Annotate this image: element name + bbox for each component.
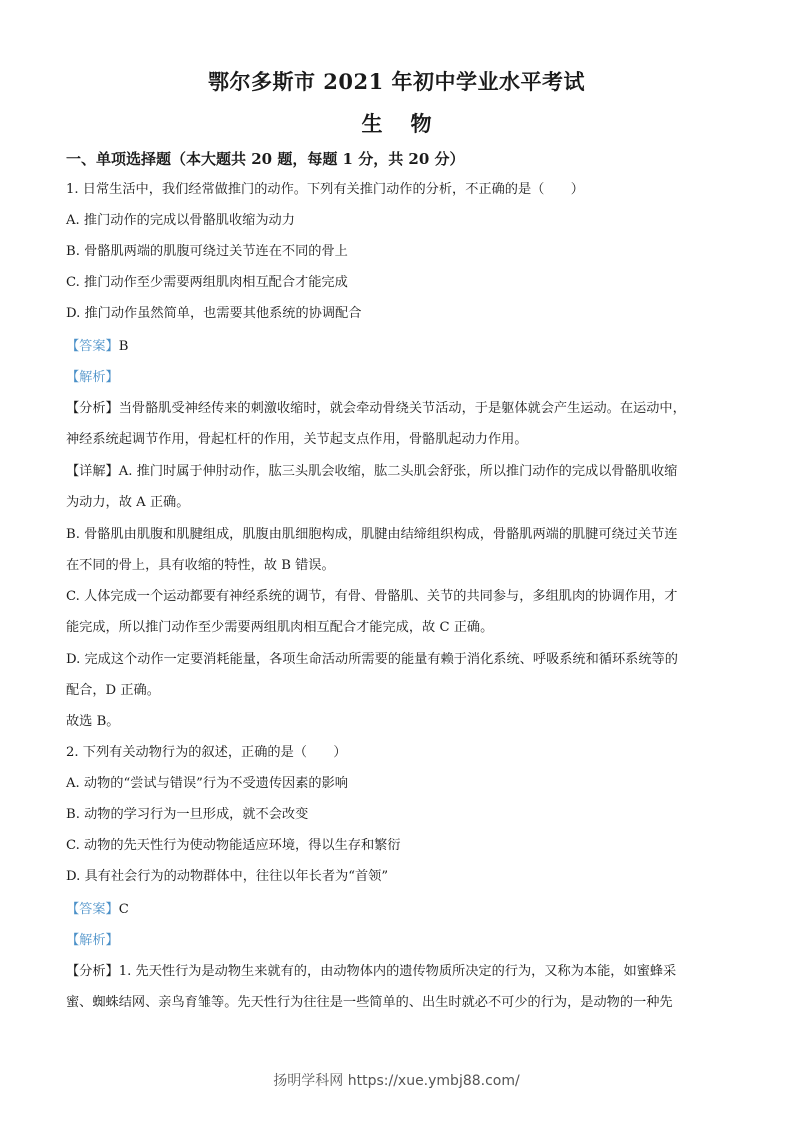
footer-watermark: 扬明学科网 https://xue.ymbj88.com/ (0, 1070, 793, 1090)
answer-label: 【答案】 (66, 339, 119, 354)
question-1-option-c: C. 推门动作至少需要两组肌肉相互配合才能完成 (66, 274, 736, 292)
question-1-xiangjie-line-2: 为动力，故 A 正确。 (66, 494, 736, 512)
document-title: 鄂尔多斯市 2021 年初中学业水平考试 (0, 66, 793, 96)
subject-char-2: 物 (411, 111, 432, 136)
question-1-xiangjie-line-1: 【详解】A. 推门时属于伸肘动作，肱三头肌会收缩，肱二头肌会舒张，所以推门动作的… (66, 463, 736, 481)
question-1-analysis-label: 【解析】 (66, 369, 736, 387)
question-1-option-a: A. 推门动作的完成以骨骼肌收缩为动力 (66, 212, 736, 230)
section-header: 一、单项选择题（本大题共 20 题，每题 1 分，共 20 分） (66, 148, 465, 169)
question-1-fenxi-line-2: 神经系统起调节作用，骨起杠杆的作用，关节起支点作用，骨骼肌起动力作用。 (66, 431, 736, 449)
question-2-analysis-label: 【解析】 (66, 932, 736, 950)
subject-title: 生物 (0, 108, 793, 138)
fenxi-label: 【分析】 (66, 401, 119, 416)
question-1-option-b: B. 骨骼肌两端的肌腹可绕过关节连在不同的骨上 (66, 243, 736, 261)
xiangjie-text: A. 推门时属于伸肘动作，肱三头肌会收缩，肱二头肌会舒张，所以推门动作的完成以骨… (119, 464, 678, 479)
fenxi-text: 1. 先天性行为是动物生来就有的，由动物体内的遗传物质所决定的行为，又称为本能，… (119, 964, 676, 979)
question-1-xiangjie-line-8: 配合，D 正确。 (66, 682, 736, 700)
fenxi-label: 【分析】 (66, 964, 119, 979)
question-2-option-d: D. 具有社会行为的动物群体中，往往以年长者为“首领” (66, 868, 736, 886)
question-2-option-c: C. 动物的先天性行为使动物能适应环境，得以生存和繁衍 (66, 837, 736, 855)
question-1-conclusion: 故选 B。 (66, 713, 736, 731)
fenxi-text: 当骨骼肌受神经传来的刺激收缩时，就会牵动骨绕关节活动，于是躯体就会产生运动。在运… (119, 401, 686, 416)
question-1-xiangjie-line-7: D. 完成这个动作一定要消耗能量，各项生命活动所需要的能量有赖于消化系统、呼吸系… (66, 651, 736, 669)
question-2-option-a: A. 动物的“尝试与错误”行为不受遗传因素的影响 (66, 775, 736, 793)
question-1-xiangjie-line-5: C. 人体完成一个运动都要有神经系统的调节，有骨、骨骼肌、关节的共同参与，多组肌… (66, 588, 736, 606)
question-1-answer: 【答案】B (66, 338, 736, 356)
answer-value: C (119, 902, 129, 917)
question-1-xiangjie-line-4: 在不同的骨上，具有收缩的特性，故 B 错误。 (66, 557, 736, 575)
question-2-option-b: B. 动物的学习行为一旦形成，就不会改变 (66, 806, 736, 824)
question-2-answer: 【答案】C (66, 901, 736, 919)
question-2-stem: 2. 下列有关动物行为的叙述，正确的是（ ） (66, 744, 736, 762)
question-2-fenxi-line-1: 【分析】1. 先天性行为是动物生来就有的，由动物体内的遗传物质所决定的行为，又称… (66, 963, 736, 981)
question-2-fenxi-line-2: 蜜、蜘蛛结网、亲鸟育雏等。先天性行为往往是一些简单的、出生时就必不可少的行为，是… (66, 994, 736, 1012)
xiangjie-label: 【详解】 (66, 464, 119, 479)
question-1-xiangjie-line-6: 能完成，所以推门动作至少需要两组肌肉相互配合才能完成，故 C 正确。 (66, 619, 736, 637)
subject-char-1: 生 (362, 111, 383, 136)
question-1-option-d: D. 推门动作虽然简单，也需要其他系统的协调配合 (66, 305, 736, 323)
answer-label: 【答案】 (66, 902, 119, 917)
question-1-fenxi-line-1: 【分析】当骨骼肌受神经传来的刺激收缩时，就会牵动骨绕关节活动，于是躯体就会产生运… (66, 400, 736, 418)
answer-value: B (119, 339, 129, 354)
question-1-xiangjie-line-3: B. 骨骼肌由肌腹和肌腱组成，肌腹由肌细胞构成，肌腱由结缔组织构成，骨骼肌两端的… (66, 526, 736, 544)
question-1-stem: 1. 日常生活中，我们经常做推门的动作。下列有关推门动作的分析，不正确的是（ ） (66, 181, 736, 199)
